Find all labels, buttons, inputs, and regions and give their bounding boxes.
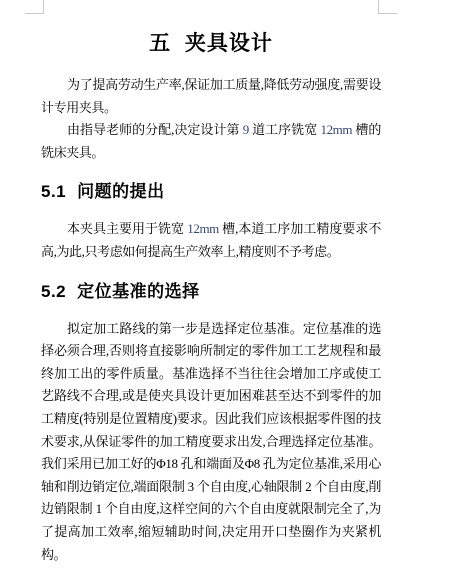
intro-paragraph-1: 为了提高劳动生产率,保证加工质量,降低劳动强度,需要设计专用夹具。	[41, 74, 381, 119]
section-title: 定位基准的选择	[77, 282, 200, 301]
chapter-title: 五 夹具设计	[41, 27, 381, 57]
document-page: 五 夹具设计 为了提高劳动生产率,保证加工质量,降低劳动强度,需要设计专用夹具。…	[0, 0, 461, 569]
slot-width-value: 12mm	[320, 122, 352, 137]
paragraph-text: 道工序铣宽	[249, 122, 321, 137]
section-heading-5-2: 5.2定位基准的选择	[41, 277, 381, 302]
slot-width-value: 12mm	[187, 221, 219, 236]
intro-paragraph-2: 由指导老师的分配,决定设计第 9 道工序铣宽 12mm 槽的铣床夹具。	[41, 119, 381, 164]
section-number: 5.2	[41, 282, 66, 301]
paragraph-text: 本夹具主要用于铣宽	[67, 221, 187, 236]
section-5-2-paragraph: 拟定加工路线的第一步是选择定位基准。定位基准的选择必须合理,否则将直接影响所制定…	[41, 318, 381, 567]
section-title: 问题的提出	[77, 182, 165, 201]
document-text-area: 五 夹具设计 为了提高劳动生产率,保证加工质量,降低劳动强度,需要设计专用夹具。…	[41, 0, 381, 566]
section-heading-5-1: 5.1问题的提出	[41, 177, 381, 202]
paragraph-text: 由指导老师的分配,决定设计第	[67, 122, 243, 137]
paragraph-text: 拟定加工路线的第一步是选择定位基准。定位基准的选择必须合理,否则将直接影响所制定…	[41, 321, 381, 562]
section-number: 5.1	[41, 182, 66, 201]
section-5-1-paragraph: 本夹具主要用于铣宽 12mm 槽,本道工序加工精度要求不高,为此,只考虑如何提高…	[41, 218, 381, 263]
paragraph-text: 为了提高劳动生产率,保证加工质量,降低劳动强度,需要设计专用夹具。	[41, 77, 381, 115]
